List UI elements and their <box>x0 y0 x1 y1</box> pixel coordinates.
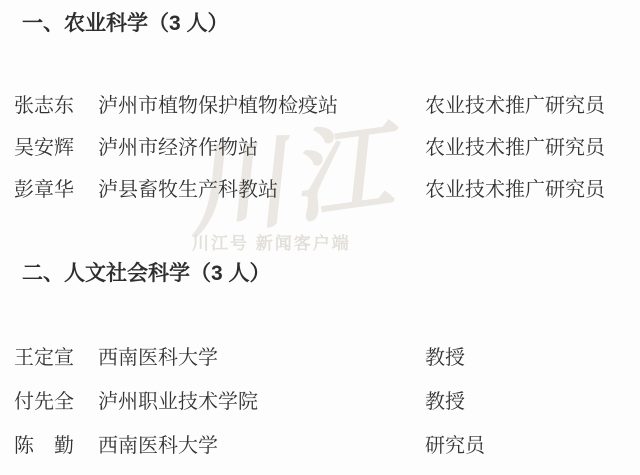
person-institution: 泸州市植物保护植物检疫站 <box>98 94 425 118</box>
person-name: 吴安辉 <box>14 136 98 160</box>
person-title: 农业技术推广研究员 <box>425 94 628 118</box>
person-row: 彭章华 泸县畜牧生产科教站 农业技术推广研究员 <box>14 178 628 202</box>
person-name: 陈 勤 <box>14 434 98 458</box>
document-page: 川江 川江号 新闻客户端 一、农业科学（3 人） 张志东 泸州市植物保护植物检疫… <box>0 0 640 475</box>
person-institution: 西南医科大学 <box>98 346 425 370</box>
section-heading-humanities-social-science: 二、人文社会科学（3 人） <box>22 261 271 286</box>
person-row: 吴安辉 泸州市经济作物站 农业技术推广研究员 <box>14 136 628 160</box>
person-title: 农业技术推广研究员 <box>425 178 628 202</box>
person-row: 陈 勤 西南医科大学 研究员 <box>14 434 628 458</box>
person-name: 王定宣 <box>14 346 98 370</box>
person-name: 付先全 <box>14 390 98 414</box>
person-title: 农业技术推广研究员 <box>425 136 628 160</box>
person-row: 付先全 泸州职业技术学院 教授 <box>14 390 628 414</box>
person-institution: 泸州职业技术学院 <box>98 390 425 414</box>
person-title: 教授 <box>425 346 628 370</box>
person-institution: 泸州市经济作物站 <box>98 136 425 160</box>
person-name: 张志东 <box>14 94 98 118</box>
chuanjiang-watermark-caption: 川江号 新闻客户端 <box>192 229 351 254</box>
person-title: 教授 <box>425 390 628 414</box>
person-institution: 西南医科大学 <box>98 434 425 458</box>
person-row: 王定宣 西南医科大学 教授 <box>14 346 628 370</box>
person-name: 彭章华 <box>14 178 98 202</box>
person-institution: 泸县畜牧生产科教站 <box>98 178 425 202</box>
person-row: 张志东 泸州市植物保护植物检疫站 农业技术推广研究员 <box>14 94 628 118</box>
person-title: 研究员 <box>425 434 628 458</box>
section-heading-agricultural-science: 一、农业科学（3 人） <box>22 11 229 36</box>
